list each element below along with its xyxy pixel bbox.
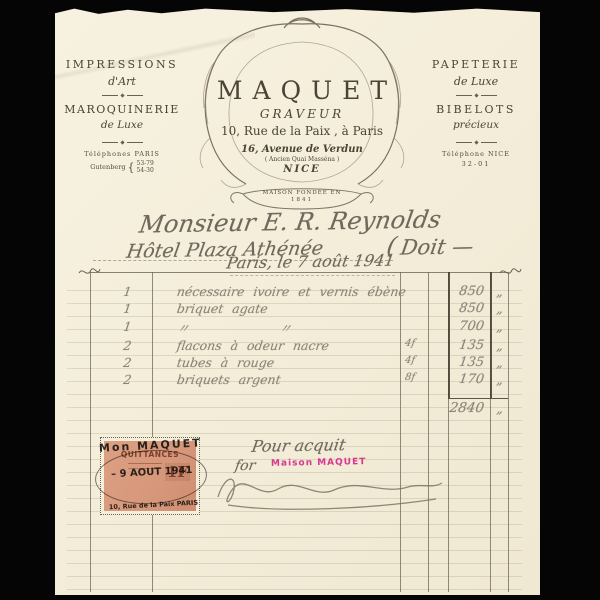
brace-glyph: { <box>128 161 135 174</box>
item-qty: 1 <box>109 301 146 316</box>
founded-line-1: MAISON FONDÉE EN <box>183 190 421 196</box>
item-cents: „ <box>491 338 509 353</box>
item-desc: flacons à odeur nacre <box>176 338 330 353</box>
item-unit: 4f <box>404 338 416 349</box>
line-end-flourish <box>77 264 101 280</box>
table-row: 2 flacons à odeur nacre 4f 135 „ <box>55 338 540 354</box>
item-cents: „ <box>491 301 509 316</box>
maison-maquet-ink-stamp: Maison MAQUET <box>271 457 367 469</box>
item-unit: 4f <box>404 355 416 366</box>
header-left-column: IMPRESSIONS d'Art MAROQUINERIE de Luxe T… <box>63 58 181 174</box>
nice-address: 16, Avenue de Verdun <box>183 144 421 155</box>
dateline: Paris, le 7 août 1941 <box>225 251 396 273</box>
founded-line-2: 1841 <box>183 197 421 203</box>
telephone-nice-label: Téléphone NICE <box>427 150 525 158</box>
de-luxe-left-label: de Luxe <box>63 119 181 131</box>
profession-label: GRAVEUR <box>183 107 421 121</box>
item-qty: 2 <box>109 372 146 387</box>
divider-ornament <box>63 141 181 144</box>
tel-exchange: Gutenberg <box>90 163 125 171</box>
item-desc-ditto: 〃 〃 <box>176 319 293 337</box>
invoice-sheet: IMPRESSIONS d'Art MAROQUINERIE de Luxe T… <box>55 8 540 595</box>
item-qty: 1 <box>109 319 146 334</box>
maquet-date-overprint: Mon MAQUET – 9 AOUT 1941 10, Rue de la P… <box>98 438 206 515</box>
item-amount: 170 <box>447 372 485 387</box>
photo-backdrop: IMPRESSIONS d'Art MAROQUINERIE de Luxe T… <box>0 0 600 600</box>
telephone-paris-numbers: Gutenberg { 53-79 54-30 <box>63 160 181 174</box>
item-amount: 850 <box>447 284 485 299</box>
invoice-total: 2840 <box>445 400 485 416</box>
nice-address-note: ( Ancien Quai Masséna ) <box>183 156 421 163</box>
signature <box>210 463 450 513</box>
item-cents: „ <box>491 372 509 387</box>
line-end-flourish <box>498 264 522 280</box>
item-qty: 2 <box>109 355 146 370</box>
item-unit: 8f <box>404 372 416 383</box>
divider-ornament <box>427 141 525 144</box>
item-cents: „ <box>491 355 509 370</box>
engraved-cartouche: MAQUET GRAVEUR 10, Rue de la Paix , à Pa… <box>183 12 421 218</box>
table-row: 1 briquet agate 850 „ <box>55 301 540 317</box>
item-qty: 1 <box>109 284 146 299</box>
item-cents: „ <box>491 319 509 334</box>
company-name: MAQUET <box>183 76 421 105</box>
table-row: 2 briquets argent 8f 170 „ <box>55 372 540 388</box>
impressions-label: IMPRESSIONS <box>63 58 181 71</box>
papeterie-label: PAPETERIE <box>427 58 525 71</box>
table-row: 1 〃 〃 700 „ <box>55 319 540 335</box>
item-amount: 135 <box>447 355 485 370</box>
telephones-paris-label: Téléphones PARIS <box>63 150 181 158</box>
item-desc: briquets argent <box>176 372 282 387</box>
paris-address: 10, Rue de la Paix , à Paris <box>183 124 421 138</box>
item-cents: „ <box>491 284 509 299</box>
item-amount: 850 <box>447 301 485 316</box>
divider-ornament <box>63 94 181 97</box>
nice-city: NICE <box>183 164 421 175</box>
pour-acquit-line: Pour acquit <box>250 435 347 456</box>
maroquinerie-label: MAROQUINERIE <box>63 103 181 116</box>
dart-label: d'Art <box>63 75 181 88</box>
bibelots-label: BIBELOTS <box>427 103 525 116</box>
item-qty: 2 <box>109 338 146 353</box>
table-row: 1 nécessaire ivoire et vernis ébène 850 … <box>55 284 540 300</box>
tel-number-nice: 32-01 <box>427 160 525 168</box>
tel-number-2: 54-30 <box>137 167 154 174</box>
doit-label: Doit — <box>399 234 475 259</box>
item-amount: 700 <box>447 319 485 334</box>
item-desc: tubes à rouge <box>176 355 275 370</box>
handwriting-rule <box>230 275 395 276</box>
item-desc: briquet agate <box>176 301 269 316</box>
header-right-column: PAPETERIE de Luxe BIBELOTS précieux Télé… <box>427 58 525 168</box>
item-amount: 135 <box>447 338 485 353</box>
quittances-stamp-body: QUITTANCES 1F Mon MAQUET – 9 AOUT 1941 1… <box>104 441 196 511</box>
precieux-label: précieux <box>427 119 525 131</box>
total-rule <box>448 398 508 399</box>
de-luxe-right-label: de Luxe <box>427 75 525 88</box>
fiscal-stamp: QUITTANCES 1F Mon MAQUET – 9 AOUT 1941 1… <box>100 437 200 515</box>
table-row: 2 tubes à rouge 4f 135 „ <box>55 355 540 371</box>
divider-ornament <box>427 94 525 97</box>
overprint-company: Mon MAQUET <box>98 436 203 454</box>
invoice-total-cents: „ <box>491 401 509 416</box>
tel-number-1: 53-79 <box>137 160 154 167</box>
item-desc: nécessaire ivoire et vernis ébène <box>176 284 407 299</box>
